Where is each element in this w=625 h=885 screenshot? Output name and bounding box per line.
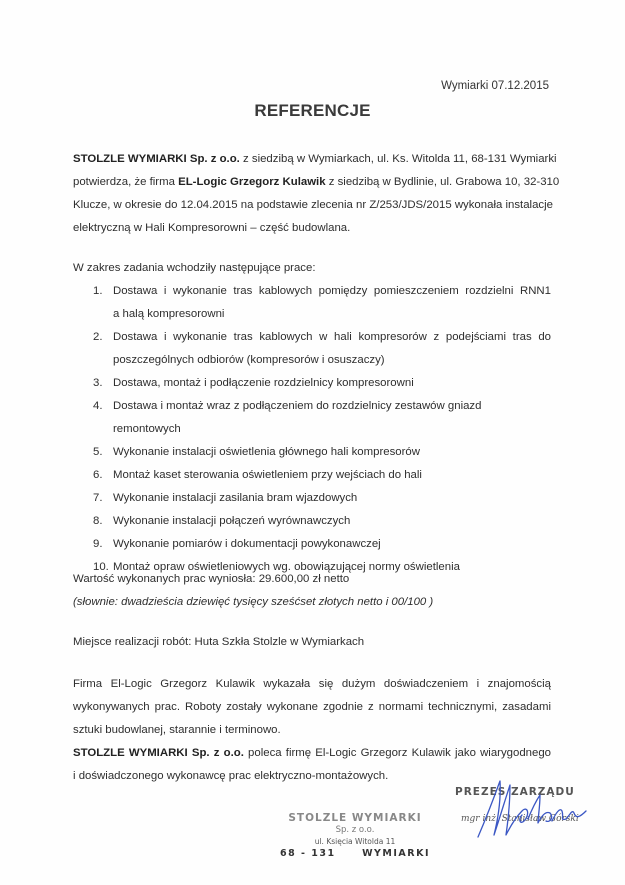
issuer-company-name: STOLZLE WYMIARKI Sp. z o.o. [73, 747, 244, 759]
contractor-name: EL-Logic Grzegorz Kulawik [178, 176, 325, 188]
work-location: Miejsce realizacji robót: Huta Szkła Sto… [73, 631, 551, 654]
list-item: 2. Dostawa i wykonanie tras kablowych w … [93, 326, 551, 372]
list-item: 7. Wykonanie instalacji zasilania bram w… [93, 487, 551, 510]
closing-line-2: wykonywanych prac. Roboty zostały wykona… [73, 696, 551, 719]
tasks-list: 1. Dostawa i wykonanie tras kablowych po… [93, 280, 551, 579]
list-item: 8. Wykonanie instalacji połączeń wyrówna… [93, 510, 551, 533]
reference-letter-page: Wymiarki 07.12.2015 REFERENCJE STOLZLE W… [0, 0, 625, 885]
intro-line-3: Klucze, w okresie do 12.04.2015 na podst… [73, 194, 551, 217]
closing-paragraph: Firma El-Logic Grzegorz Kulawik wykazała… [73, 673, 551, 788]
handwritten-signature-icon [470, 775, 600, 845]
intro-line-2: potwierdza, że firma EL-Logic Grzegorz K… [73, 171, 551, 194]
document-title: REFERENCJE [0, 101, 625, 121]
stamp-company: STOLZLE WYMIARKI [280, 812, 430, 825]
intro-line-4: elektryczną w Hali Kompresorowni – część… [73, 217, 551, 240]
closing-line-3: sztuki budowlanej, starannie i terminowo… [73, 719, 551, 742]
intro-line-1: STOLZLE WYMIARKI Sp. z o.o. z siedzibą w… [73, 148, 551, 171]
list-item: 6. Montaż kaset sterowania oświetleniem … [93, 464, 551, 487]
list-item: 1. Dostawa i wykonanie tras kablowych po… [93, 280, 551, 326]
issuer-company-name: STOLZLE WYMIARKI Sp. z o.o. [73, 153, 240, 165]
list-item: 5. Wykonanie instalacji oświetlenia głów… [93, 441, 551, 464]
list-item: 3. Dostawa, montaż i podłączenie rozdzie… [93, 372, 551, 395]
closing-line-1: Firma El-Logic Grzegorz Kulawik wykazała… [73, 673, 551, 696]
intro-paragraph: STOLZLE WYMIARKI Sp. z o.o. z siedzibą w… [73, 148, 551, 240]
closing-line-4: STOLZLE WYMIARKI Sp. z o.o. poleca firmę… [73, 742, 551, 765]
work-value: Wartość wykonanych prac wyniosła: 29.600… [73, 568, 551, 591]
place-date: Wymiarki 07.12.2015 [441, 80, 549, 92]
list-item: 4. Dostawa i montaż wraz z podłączeniem … [93, 395, 551, 441]
stamp-postal: 68 - 131 WYMIARKI [280, 847, 430, 860]
list-item: 9. Wykonanie pomiarów i dokumentacji pow… [93, 533, 551, 556]
stamp-street: ul. Księcia Witolda 11 [280, 836, 430, 847]
stamp-legal-form: Sp. z o.o. [280, 825, 430, 836]
company-stamp: STOLZLE WYMIARKI Sp. z o.o. ul. Księcia … [280, 812, 430, 860]
work-value-in-words: (słownie: dwadzieścia dziewięć tysięcy s… [73, 591, 551, 614]
scope-heading: W zakres zadania wchodziły następujące p… [73, 257, 551, 280]
